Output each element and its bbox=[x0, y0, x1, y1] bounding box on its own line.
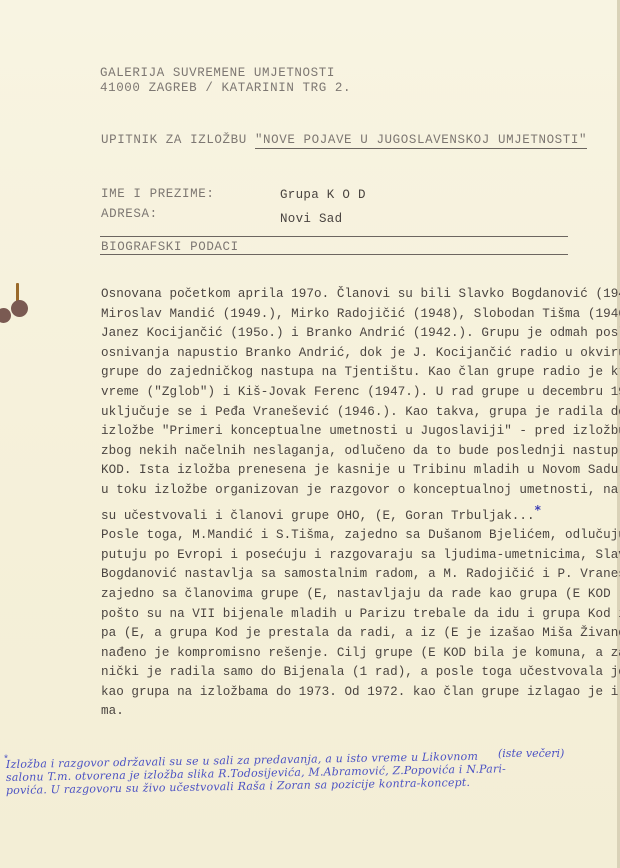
text-line: nički je radila samo do Bijenala (1 rad)… bbox=[101, 663, 611, 683]
text-line-content: su učestvovali i članovi grupe OHO, (E, … bbox=[101, 509, 535, 523]
name-label: IME I PREZIME: bbox=[101, 187, 214, 201]
text-line: kao grupa na izložbama do 1973. Od 1972.… bbox=[101, 683, 611, 703]
text-line: izložbe "Primeri konceptualne umetnosti … bbox=[101, 422, 611, 442]
text-line: u toku izložbe organizovan je razgovor o… bbox=[101, 481, 611, 501]
questionnaire-title: UPITNIK ZA IZLOŽBU "NOVE POJAVE U JUGOSL… bbox=[101, 133, 587, 147]
text-line: su učestvovali i članovi grupe OHO, (E, … bbox=[101, 501, 611, 527]
text-line: ma. bbox=[101, 702, 611, 722]
text-line: pošto su na VII bijenale mladih u Parizu… bbox=[101, 605, 611, 625]
section-title: BIOGRAFSKI PODACI bbox=[101, 240, 239, 254]
text-line: uključuje se i Peđa Vranešević (1946.). … bbox=[101, 403, 611, 423]
text-line: zajedno sa članovima grupe (E, nastavlja… bbox=[101, 585, 611, 605]
text-line: zbog nekih načelnih neslaganja, odlučeno… bbox=[101, 442, 611, 462]
text-line: Janez Kocijančić (195o.) i Branko Andrić… bbox=[101, 324, 611, 344]
letterhead: GALERIJA SUVREMENE UMJETNOSTI 41000 ZAGR… bbox=[100, 66, 351, 96]
text-line: Posle toga, M.Mandić i S.Tišma, zajedno … bbox=[101, 526, 611, 546]
text-line: putuju po Evropi i posećuju i razgovaraj… bbox=[101, 546, 611, 566]
text-line: nađeno je kompromisno rešenje. Cilj grup… bbox=[101, 644, 611, 664]
name-value: Grupa K O D bbox=[280, 188, 366, 202]
institution-address: 41000 ZAGREB / KATARININ TRG 2. bbox=[100, 81, 351, 96]
exhibition-title: "NOVE POJAVE U JUGOSLAVENSKOJ UMJETNOSTI… bbox=[255, 133, 587, 149]
text-line: Miroslav Mandić (1949.), Mirko Radojičić… bbox=[101, 305, 611, 325]
rust-stain bbox=[0, 308, 11, 323]
footnote-asterisk-icon: * bbox=[535, 503, 541, 517]
text-line: osnivanja napustio Branko Andrić, dok je… bbox=[101, 344, 611, 364]
handwritten-footnote: Izložba i razgovor održavali su se u sal… bbox=[6, 758, 616, 797]
address-label: ADRESA: bbox=[101, 207, 158, 221]
text-line: Osnovana početkom aprila 197o. Članovi s… bbox=[101, 285, 611, 305]
text-line: vreme ("Zglob") i Kiš-Jovak Ferenc (1947… bbox=[101, 383, 611, 403]
text-line: Bogdanović nastavlja sa samostalnim rado… bbox=[101, 565, 611, 585]
text-line: pa (E, a grupa Kod je prestala da radi, … bbox=[101, 624, 611, 644]
institution-name: GALERIJA SUVREMENE UMJETNOSTI bbox=[100, 66, 351, 81]
address-value: Novi Sad bbox=[280, 212, 342, 226]
questionnaire-prefix: UPITNIK ZA IZLOŽBU bbox=[101, 133, 255, 147]
biography-text: Osnovana početkom aprila 197o. Članovi s… bbox=[101, 285, 611, 722]
section-rule-top bbox=[100, 236, 568, 237]
section-rule-bottom bbox=[100, 254, 568, 255]
rust-stain bbox=[11, 300, 28, 317]
text-line: grupe do zajedničkog nastupa na Tjentišt… bbox=[101, 363, 611, 383]
document-page: GALERIJA SUVREMENE UMJETNOSTI 41000 ZAGR… bbox=[0, 0, 620, 868]
text-line: KOD. Ista izložba prenesena je kasnije u… bbox=[101, 461, 611, 481]
